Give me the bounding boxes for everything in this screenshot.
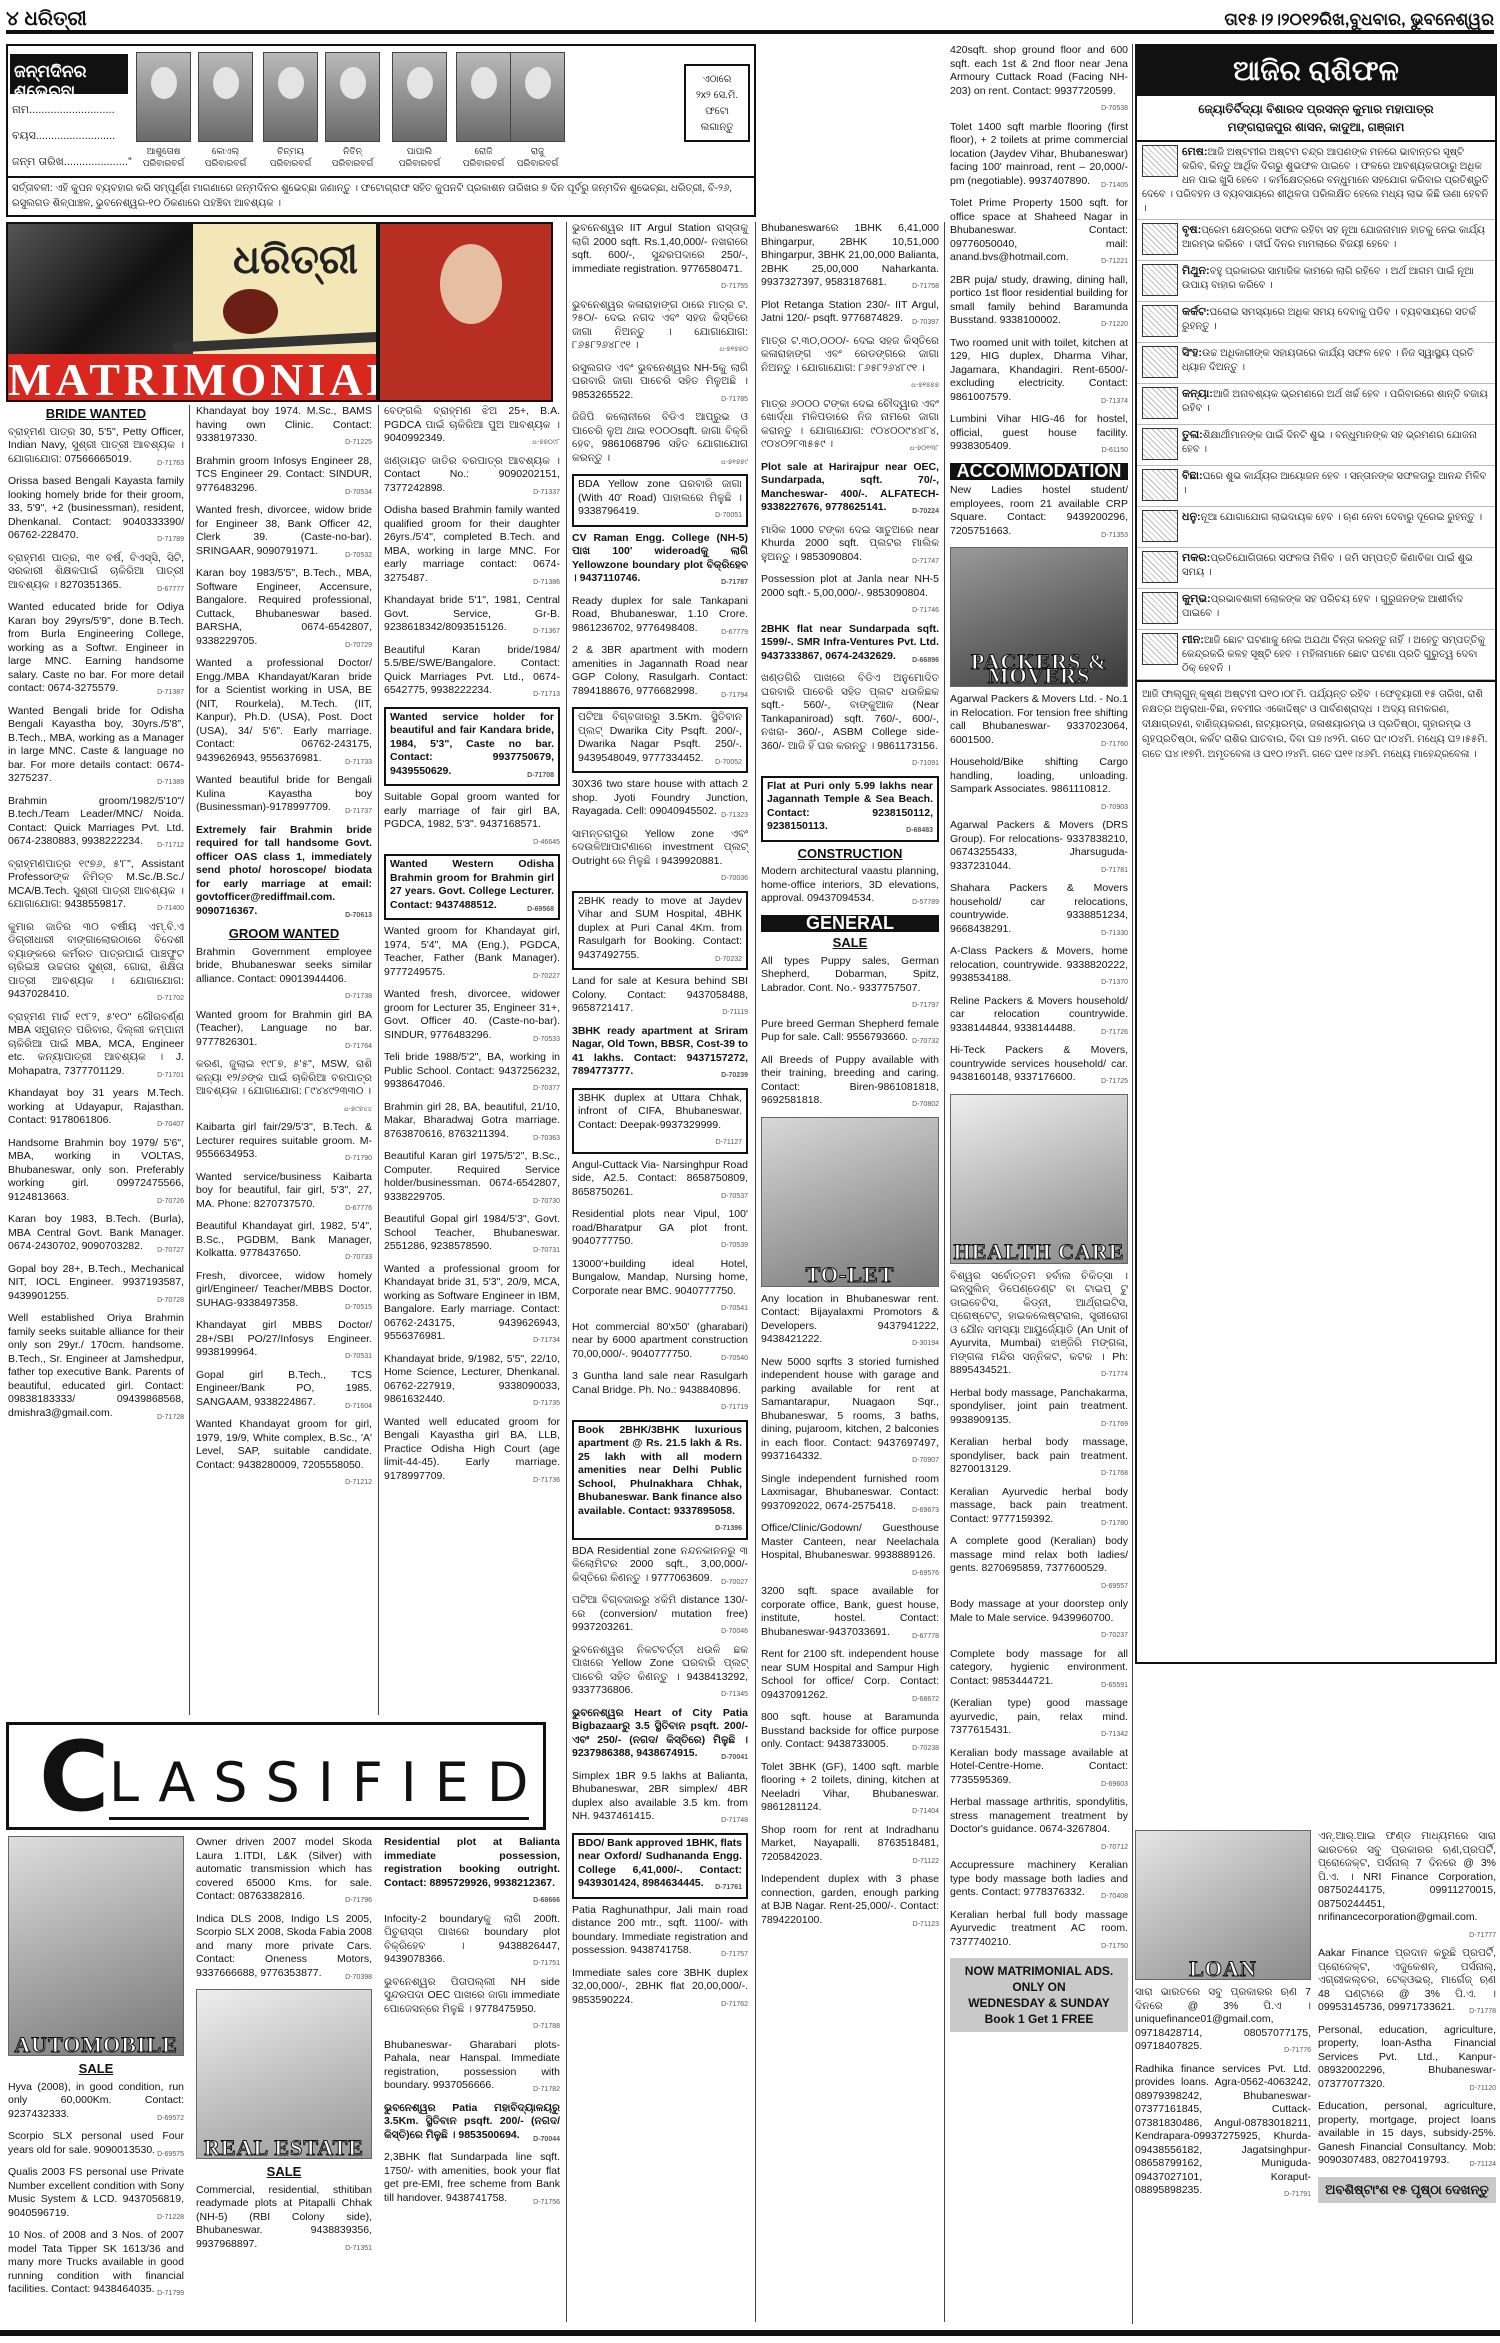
classified-ad[interactable]: Office/Clinic/Godown/ Guesthouse Master … — [761, 1522, 939, 1580]
classified-ad[interactable]: CV Raman Engg. College (NH-5) ପାଖ 100' w… — [572, 532, 748, 590]
classified-ad[interactable]: Khandayat boy 31 years M.Tech. working a… — [8, 1087, 184, 1132]
classified-ad[interactable]: Keralian Ayurvedic herbal body massage, … — [950, 1486, 1128, 1531]
ad-code: D-71769 — [1101, 1418, 1128, 1432]
ad-code: D-70027 — [721, 1576, 748, 1590]
classified-ad[interactable]: Gopal boy 28+, B.Tech., Mechanical NIT, … — [8, 1263, 184, 1308]
ad-code: D-71777 — [1469, 1929, 1496, 1943]
ad-code: D-69568 — [527, 903, 554, 917]
ad-code: D-57789 — [912, 896, 939, 910]
classified-ad[interactable]: Tolet 3BHK (GF), 1400 sqft. marble floor… — [761, 1761, 939, 1819]
classified-ad[interactable]: (Keralian type) good massage ayurvedic, … — [950, 1697, 1128, 1742]
classified-ad[interactable]: Well established Oriya Brahmin family se… — [8, 1312, 184, 1424]
masthead: ୪ ଧରିତ୍ରୀ ତା୧୫।୨।୨୦୧୨ରିଖ,ବୁଧବାର, ଭୁବନେଶ୍… — [6, 6, 1494, 34]
classified-ad[interactable]: 2BR puja/ study, drawing, dining hall, p… — [950, 274, 1128, 332]
classified-ad[interactable]: Plot Retanga Station 230/- IIT Argul, Ja… — [761, 299, 939, 330]
classified-ad[interactable]: Beautiful Khandayat girl, 1982, 5'4", B.… — [196, 1220, 372, 1265]
classified-ad[interactable]: Herbal body massage, Panchakarma, spondy… — [950, 1387, 1128, 1432]
ad-code: D-70532 — [345, 549, 372, 563]
ad-code: D-71763 — [157, 457, 184, 471]
automobile-column-2: Owner driven 2007 model Skoda Laura 1.IT… — [196, 1836, 372, 2256]
classified-ad[interactable]: Agarwal Packers & Movers Ltd. - No.1 in … — [950, 693, 1128, 751]
classified-ad[interactable]: A complete good (Keralian) body massage … — [950, 1535, 1128, 1593]
horoscope-sign: କୁମ୍ଭ:ପ୍ରଭାବଶାଳୀ ଲୋକଙ୍କ ସହ ପରିଚୟ ହେବ । ଗ… — [1137, 589, 1495, 630]
classified-ad[interactable]: Two roomed unit with toilet, kitchen at … — [950, 337, 1128, 409]
ad-code: D-70408 — [1101, 1890, 1128, 1904]
ad-code: D-71119 — [722, 1006, 748, 1020]
ad-code: D-71345 — [721, 1688, 748, 1702]
ad-code: D-71387 — [157, 686, 184, 700]
classified-ad[interactable]: ଏନ୍.ଆର୍.ଆଇ ଫଣ୍ଡ ମାଧ୍ୟମରେ ସାରା ଭାରତରେ ସବୁ… — [1318, 1830, 1496, 1942]
classified-ad[interactable]: Plot sale at Harirajpur near OEC, Sundar… — [761, 461, 939, 519]
ad-code: ଧ-୭୦୧୩୮ — [910, 442, 939, 456]
classified-ad[interactable]: Herbal massage arthritis, spondylitis, s… — [950, 1796, 1128, 1854]
classified-ad[interactable]: ବେଙ୍ଗଲି ବ୍ରାହ୍ମଣ ଝିଅ 25+, B.A. PGDCA ପାଇ… — [384, 405, 560, 450]
classified-ad[interactable]: Modern architectural vaastu planning, ho… — [761, 865, 939, 910]
classified-ad[interactable]: 3200 sqft. space available for corporate… — [761, 1585, 939, 1643]
continued-notice: ଅବଶିଷ୍ଟାଂଶ ୧୫ ପୃଷ୍ଠା ଦେଖନ୍ତୁ — [1318, 2177, 1496, 2203]
horoscope-sign: ଧନୁ:ନୂଆ ଯୋଗାଯୋଗ ଲାଭଦାୟକ ହେବ । ଋଣ ନେବା ଦେ… — [1137, 507, 1495, 548]
ad-code: D-70036 — [721, 872, 748, 886]
classified-ad[interactable]: Keralian herbal full body massage Ayurve… — [950, 1909, 1128, 1954]
property-column-2: Bhubaneswarରେ 1BHK 6,41,000 Bhingarpur, … — [761, 222, 939, 1936]
classified-ad[interactable]: Fresh, divorcee, widow homely girl/Engin… — [196, 1270, 372, 1315]
bride-photo — [378, 222, 553, 402]
zodiac-icon — [1142, 387, 1178, 419]
classified-ad[interactable]: Independent duplex with 3 phase connecti… — [761, 1873, 939, 1931]
classified-ad[interactable]: Extremely fair Brahmin bride required fo… — [196, 824, 372, 923]
ad-code: D-71736 — [533, 1474, 560, 1488]
classified-ad[interactable]: Radhika finance services Pvt. Ltd. provi… — [1135, 2063, 1311, 2202]
classified-ad[interactable]: Aakar Finance ପ୍ରଦାନ କରୁଛି ପ୍ରପର୍ଟି, ପ୍ର… — [1318, 1947, 1496, 2019]
loan-column-2: ଏନ୍.ଆର୍.ଆଇ ଫଣ୍ଡ ମାଧ୍ୟମରେ ସାରା ଭାରତରେ ସବୁ… — [1318, 1830, 1496, 2203]
zodiac-icon — [1142, 305, 1178, 337]
classified-ad[interactable]: ଭୁବନେଶ୍ୱର IIT Argul Station ରାସ୍ତାକୁ ଲାଗ… — [572, 222, 748, 294]
classified-ad[interactable]: Single independent furnished room Laxmis… — [761, 1473, 939, 1518]
zodiac-icon — [1142, 145, 1178, 177]
ad-code: D-70363 — [533, 1132, 560, 1146]
classified-ad[interactable]: Ready duplex for sale Tankapani Road, Bh… — [572, 595, 748, 640]
age-field[interactable]: ବୟସ.......................... — [12, 130, 115, 143]
ad-code: D-71708 — [527, 769, 554, 783]
ad-code: D-70732 — [912, 1035, 939, 1049]
section-sale: SALE — [8, 2062, 184, 2076]
classified-ad[interactable]: Wanted a professional Doctor/ Engg./MBA … — [196, 657, 372, 769]
classified-ad[interactable]: Qualis 2003 FS personal use Private Numb… — [8, 2166, 184, 2224]
classified-ad[interactable]: Karan boy 1983, B.Tech. (Burla), MBA Cen… — [8, 1213, 184, 1258]
ad-code: D-71796 — [345, 1894, 372, 1908]
classified-ad[interactable]: Possession plot at Janla near NH-5 2000 … — [761, 573, 939, 618]
classified-ad[interactable]: Hi-Teck Packers & Movers, countrywide se… — [950, 1044, 1128, 1089]
classified-ad[interactable]: Any location in Bhubaneswar rent. Contac… — [761, 1293, 939, 1351]
ad-code: D-71370 — [1101, 976, 1128, 990]
ad-code: D-71713 — [533, 688, 560, 702]
classified-ad[interactable]: Lumbini Vihar HIG-46 for hostel, officia… — [950, 413, 1128, 458]
ad-code: D-70728 — [157, 1294, 184, 1308]
ad-code: D-70730 — [533, 1195, 560, 1209]
classified-ad[interactable]: Gopal girl B.Tech., TCS Engineer/Bank PO… — [196, 1369, 372, 1414]
classified-ad[interactable]: 2BHK ready to move at Jaydev Vihar and S… — [572, 891, 748, 971]
ad-code: D-70533 — [533, 1033, 560, 1047]
ad-code: D-71782 — [533, 2083, 560, 2097]
horoscope-title: ଆଜିର ରାଶିଫଳ — [1137, 46, 1495, 96]
ad-code: D-70237 — [1101, 1629, 1128, 1643]
classified-ad[interactable]: Wanted Khandayat groom for girl, 1979, 1… — [196, 1418, 372, 1490]
classified-ad[interactable]: ମାତ୍ର ଟ.୩୦,୦୦୦/- ଦେଇ ସହଜ କିସ୍ତିରେ କଳାରାହ… — [761, 335, 939, 393]
classified-ad[interactable]: ଭୁବନେଶ୍ୱର ପିତାପଲ୍ଲୀ NH side ସୁନ୍ଦରପଦା OE… — [384, 1976, 560, 2034]
classified-ad[interactable]: Residential plots near Vipul, 100' road/… — [572, 1208, 748, 1253]
ad-code: D-71367 — [533, 625, 560, 639]
zodiac-icon — [1142, 469, 1178, 501]
ad-code: D-69576 — [912, 1567, 939, 1581]
ad-code: D-71789 — [157, 533, 184, 547]
classified-ad[interactable]: Teli bride 1988/5'2", BA, working in Pub… — [384, 1051, 560, 1096]
classified-ad[interactable]: ବିଶ୍ୱର ସର୍ବୋତ୍ତମ ହର୍ବାଲ ଚିକିତ୍ସା । ଇନ୍‌ସ… — [950, 1270, 1128, 1382]
ad-code: D-71735 — [533, 1397, 560, 1411]
classified-ad[interactable]: Shahara Packers & Movers household/ car … — [950, 882, 1128, 940]
ad-code: D-71780 — [1101, 1517, 1128, 1531]
classified-ad[interactable]: Shop room for rent at Indradhanu Market,… — [761, 1824, 939, 1869]
classified-ad[interactable]: New 5000 sqrfts 3 storied furnished inde… — [761, 1356, 939, 1468]
classified-ad[interactable]: Bhubaneswarରେ 1BHK 6,41,000 Bhingarpur, … — [761, 222, 939, 294]
classified-ad[interactable]: Simplex 1BR 9.5 lakhs at Balianta, Bhuba… — [572, 1770, 748, 1828]
classified-ad[interactable]: Wanted beautiful bride for Bengali Kulin… — [196, 774, 372, 819]
classified-ad[interactable]: Brahmin Government employee bride, Bhuba… — [196, 946, 372, 1004]
classified-ad[interactable]: Rent for 2100 sft. independent house nea… — [761, 1648, 939, 1706]
ad-code: D-46645 — [533, 836, 560, 850]
classified-ad[interactable]: Beautiful Karan bride/1984/ 5.5/BE/SWE/B… — [384, 644, 560, 702]
classified-ad[interactable]: Personal, education, agriculture, proper… — [1318, 2024, 1496, 2096]
ad-code: D-70538 — [1101, 102, 1128, 116]
classified-ad[interactable]: Immediate sales core 3BHK duplex 32,00,0… — [572, 1967, 748, 2012]
classified-ad[interactable]: 10 Nos. of 2008 and 3 Nos. of 2007 model… — [8, 2229, 184, 2301]
classified-ad[interactable]: Body massage at your doorstep only Male … — [950, 1598, 1128, 1643]
ad-code: D-71768 — [1101, 1467, 1128, 1481]
classified-ad[interactable]: 30X36 two stare house with attach 2 shop… — [572, 778, 748, 823]
zodiac-icon — [1142, 346, 1178, 378]
classified-ad[interactable]: 800 sqft. house at Baramunda Busstand ba… — [761, 1711, 939, 1756]
ad-code: D-67777 — [157, 583, 184, 597]
classified-ad[interactable]: Infocity-2 boundaryକୁ ଲାଗି 200ft. ପିଚୁରା… — [384, 1913, 560, 1971]
classified-ad[interactable]: Wanted service/business Kaibarta boy for… — [196, 1171, 372, 1216]
classified-ad[interactable]: 2BHK flat near Sundarpada sqft. 1599/-. … — [761, 623, 939, 668]
ad-code: D-70726 — [157, 1195, 184, 1209]
ad-code: D-70407 — [157, 1118, 184, 1132]
ad-code: D-71337 — [533, 486, 560, 500]
horoscope-sign: ମିଥୁନ:ବହୁ ପ୍ରକାରର ସାମାଜିକ କାମରେ ଲାଗି ରହି… — [1137, 261, 1495, 302]
classified-ad[interactable]: Odisha based Brahmin family wanted quali… — [384, 504, 560, 589]
ad-code: D-71787 — [721, 576, 748, 590]
ad-code: D-70041 — [721, 1751, 748, 1765]
classified-ad[interactable]: Wanted educated bride for Odiya Karan bo… — [8, 601, 184, 700]
classified-ad[interactable]: ପଟିଆ ବିଗ୍‌ବଜାରରୁ 3.5Km. ସ୍ଥିତିବାନ ପ୍ଲଟ୍ … — [572, 707, 748, 773]
ad-code: D-71323 — [721, 809, 748, 823]
classified-ad[interactable]: Land for sale at Kesura behind SBI Colon… — [572, 975, 748, 1020]
ad-code: D-71726 — [1101, 1026, 1128, 1040]
classified-ad[interactable]: All types Puppy sales, German Shepherd, … — [761, 955, 939, 1013]
photo-placeholder: ଏଠାରେ୨x୨ ସେ.ମି.ଫଟୋଲଗାନ୍ତୁ — [684, 64, 750, 142]
ad-code: D-70731 — [533, 1244, 560, 1258]
ad-code: D-71785 — [721, 393, 748, 407]
ad-code: ଧ-୭୭୦୯୮ — [532, 436, 560, 450]
classified-ad[interactable]: Tolet Prime Property 1500 sqft. for offi… — [950, 197, 1128, 269]
ad-code: D-71734 — [533, 1334, 560, 1348]
ad-code: ଧ-୭୧୭୭୦ — [719, 343, 748, 357]
ad-code: D-67776 — [345, 1202, 372, 1216]
ad-code: D-71220 — [1101, 318, 1128, 332]
ad-code: D-70531 — [345, 1350, 372, 1364]
classified-ad[interactable]: କୁମାର ଜାତିର ୩୦ ବର୍ଷୀୟ ଏମ୍.ବି.ଏ ଡିଗ୍ରୀଧାର… — [8, 921, 184, 1006]
horoscope-sign: ତୁଳା:ଶିକ୍ଷାର୍ଥୀମାନଙ୍କ ପାଇଁ ଦିନଟି ଶୁଭ । ବ… — [1137, 425, 1495, 466]
ad-code: D-69673 — [912, 1504, 939, 1518]
classified-ad[interactable]: ଭୁବନେଶ୍ୱର ନିକଟବର୍ତ୍ତୀ ଧଉଳି ଛକ ପାଖରେ Yell… — [572, 1644, 748, 1702]
ad-code: D-71342 — [1101, 1728, 1128, 1742]
ad-code: D-70052 — [715, 756, 742, 770]
classified-ad[interactable]: Tolet 1400 sqft marble flooring (first f… — [950, 121, 1128, 193]
ad-code: D-71404 — [912, 1805, 939, 1819]
classified-ad[interactable]: Wanted groom for Khandayat girl, 1974, 5… — [384, 925, 560, 983]
classified-ad[interactable]: New Ladies hostel student/ employees, ro… — [950, 484, 1128, 542]
classified-ad[interactable]: ବ୍ରାହ୍ମଣପାତ୍ର ୧୯୭୬, ୫'୮", Assistant Prof… — [8, 858, 184, 916]
classified-ad[interactable]: Wanted Western Odisha Brahmin groom for … — [384, 854, 560, 920]
classified-ad[interactable]: Scorpio SLX personal used Four years old… — [8, 2130, 184, 2161]
matrimonial-column-1: BRIDE WANTED ବ୍ରାହ୍ମଣ ପାତ୍ର 30, 5'5", Pe… — [8, 405, 184, 1429]
to-let-image: TO-LET — [761, 1117, 939, 1287]
ad-code: D-71386 — [533, 576, 560, 590]
classified-ad[interactable]: ବ୍ରାହ୍ମଣ ମାର୍ଚ୍ଚ ୧୯୮୨, ୫'୧୦" ଗୌରବର୍ଣ୍ଣ M… — [8, 1011, 184, 1083]
classified-ad[interactable]: Commercial, residential, sthitiban ready… — [196, 2184, 372, 2252]
horoscope-sign: ସିଂହ:ଉଚ୍ଚ ଅଧିକାରୀଙ୍କ ସହାୟତାରେ କାର୍ଯ୍ୟ ସଫ… — [1137, 343, 1495, 384]
ad-code: D-71797 — [912, 999, 939, 1013]
ad-code: D-70224 — [912, 505, 939, 519]
ad-code: D-70539 — [721, 1239, 748, 1253]
classified-ad[interactable]: ଖଣ୍ଡାୟତ ଜାତିର ବରପାତ୍ର ଆବଶ୍ୟକ । Contact N… — [384, 455, 560, 500]
classified-ad[interactable]: Khandayat girl MBBS Doctor/ 28+/SBI PO/2… — [196, 1319, 372, 1364]
classified-ad[interactable]: Keralian body massage available at Hotel… — [950, 1747, 1128, 1792]
classified-ad[interactable]: ଖଣ୍ଡଗିରି ପାଖରେ ବିଡିଏ ଅନୁମୋଦିତ ଘରବାରି ପାଚ… — [761, 672, 939, 771]
loan-column-1: LOAN ସାରା ଭାରତରେ ସବୁ ପ୍ରକାରର ଋଣ 7 ଦିନରେ … — [1135, 1830, 1311, 2207]
classified-ad[interactable]: Beautiful Gopal girl 1984/5'3", Govt. Sc… — [384, 1213, 560, 1258]
ad-code: D-71737 — [345, 805, 372, 819]
classified-ad[interactable]: Wanted service holder for beautiful and … — [384, 707, 560, 787]
classified-ad[interactable]: ଭୁବନେଶ୍ୱର Heart of City Patia Bigbazaarର… — [572, 1707, 748, 1765]
classified-ad[interactable]: 3 Guntha land sale near Rasulgarh Canal … — [572, 1370, 748, 1415]
dob-field[interactable]: ଜନ୍ମ ତାରିଖ.....................” — [12, 156, 132, 169]
classified-ad[interactable]: ମାସିକ 1000 ଟଙ୍କା ଦେଇ ସାତୁଅରେ near Khurda… — [761, 524, 939, 569]
ad-code: D-71747 — [912, 555, 939, 569]
classified-ad[interactable]: Household/Bike shifting Cargo handling, … — [950, 756, 1128, 814]
classified-ad[interactable]: Owner driven 2007 model Skoda Laura 1.IT… — [196, 1836, 372, 1908]
zodiac-icon — [1142, 510, 1178, 542]
automobile-column: AUTOMOBILE SALE Hyva (2008), in good con… — [8, 1836, 184, 2306]
classified-ad[interactable]: BDA Yellow zone ଘରବାରି ଜାଗା (With 40' Ro… — [572, 474, 748, 527]
classified-ad[interactable]: ଜିଜିପି କଲୋନୀରେ ବିଡିଏ ଆପ୍ରୁଭ ଓ ପାଚେରି ଳୁଅ… — [572, 411, 748, 469]
ad-code: D-30194 — [912, 1337, 939, 1351]
classified-ad[interactable]: ବ୍ରାହ୍ମଣ ପାତ୍ର, ୩୧ ବର୍ଷ, ବିଏସ୍‌ସି, ସିଟି,… — [8, 552, 184, 597]
ad-code: D-71733 — [345, 756, 372, 770]
classified-ad[interactable]: Wanted a professional groom for Khandaya… — [384, 1263, 560, 1348]
ad-code: D-70046 — [721, 1625, 748, 1639]
ad-code: D-71225 — [345, 436, 372, 450]
ad-code: D-70907 — [912, 1454, 939, 1468]
zodiac-icon — [1142, 633, 1178, 665]
ad-code: D-71127 — [716, 1136, 742, 1150]
ad-code: D-70903 — [1101, 801, 1128, 815]
classified-ad[interactable]: Complete body massage for all category, … — [950, 1648, 1128, 1693]
ad-code: D-69603 — [1101, 1778, 1128, 1792]
ad-code: D-70398 — [345, 1971, 372, 1985]
classified-ad[interactable]: ମାତ୍ର ୬୦୦୦ ଟଙ୍କା ଦେଇ ଚୌଦ୍ୱାର ଏବଂ ଖୋର୍ଦ୍ଧ… — [761, 398, 939, 456]
matrimonial-banner: ଧରିତ୍ରୀ MATRIMONIAL — [6, 222, 378, 402]
page-bottom-rule — [0, 2330, 1500, 2336]
classified-ad[interactable]: Khandayat bride, 9/1982, 5'5", 22/10, Ho… — [384, 1353, 560, 1411]
classified-ad[interactable]: Residential plot at Balianta immediate p… — [384, 1836, 560, 1908]
classified-ad[interactable]: Wanted fresh, divorcee, widower groom fo… — [384, 988, 560, 1046]
ad-code: D-70712 — [1101, 1841, 1128, 1855]
ad-code: D-71760 — [1101, 738, 1128, 752]
ad-code: D-71756 — [533, 2196, 560, 2210]
ad-code: D-70540 — [721, 1352, 748, 1366]
classified-ad[interactable]: Book 2BHK/3BHK luxurious apartment @ Rs.… — [572, 1420, 748, 1540]
kid-photo: ନିତିନ୍ପରିବାରବର୍ଗ — [325, 52, 380, 169]
ad-code: D-71758 — [912, 280, 939, 294]
classified-ad[interactable]: A-Class Packers & Movers, home relocatio… — [950, 945, 1128, 990]
classified-ad[interactable]: ଭୁବନେଶ୍ୱର Patia ମହାବିଦ୍ୟାଳୟରୁ 3.5Km. ସ୍ଥ… — [384, 2102, 560, 2147]
ad-code: D-70729 — [345, 639, 372, 653]
section-groom-wanted: GROOM WANTED — [196, 927, 372, 941]
ad-code: D-71746 — [912, 604, 939, 618]
classified-ad[interactable]: Education, personal, agriculture, proper… — [1318, 2100, 1496, 2172]
classified-ad[interactable]: Indica DLS 2008, Indigo LS 2005, Scorpio… — [196, 1913, 372, 1985]
classified-ad[interactable]: BDA Residential zone ନନ୍ଦନକାନନରୁ ୩ କିଲୋମ… — [572, 1545, 748, 1590]
ad-code: D-70613 — [345, 909, 372, 923]
section-bride-wanted: BRIDE WANTED — [8, 407, 184, 421]
panjika: ଆଜି ଫାଲ୍‌ଗୁନ୍ କୃଷ୍ଣ ଅଷ୍ଟମୀ ଘ୧୦।୦୮ମି. ପର୍… — [1137, 680, 1495, 767]
ad-code: D-71725 — [1101, 1075, 1128, 1089]
health-image: HEALTH CARE — [950, 1094, 1128, 1264]
ad-code: D-71778 — [1469, 2005, 1496, 2019]
classified-ad[interactable]: Flat at Puri only 5.99 lakhs near Jagann… — [761, 776, 939, 842]
ad-code: D-71604 — [345, 1400, 372, 1414]
classified-ad[interactable]: Keralian herbal body massage, spondylise… — [950, 1436, 1128, 1481]
classified-ad[interactable]: Brahmin groom/1982/5'10"/ B.tech./Team L… — [8, 795, 184, 853]
section-general: GENERAL — [761, 915, 939, 933]
classified-ad[interactable]: 2,3BHK flat Sundarpada line sqft. 1750/-… — [384, 2151, 560, 2209]
classified-ad[interactable]: Brahmin groom Infosys Engineer 28, TCS E… — [196, 455, 372, 500]
classified-ad[interactable]: Khandayat boy 1974. M.Sc., BAMS having o… — [196, 405, 372, 450]
classified-ad[interactable]: Hyva (2008), in good condition, run only… — [8, 2081, 184, 2126]
ad-code: D-71123 — [913, 1918, 939, 1932]
classified-ad[interactable]: 420sqft. shop ground floor and 600 sqft.… — [950, 44, 1128, 116]
ad-code: D-71748 — [721, 1814, 748, 1828]
classified-ad[interactable]: Karan boy 1983/5'5", B.Tech., MBA, Softw… — [196, 567, 372, 652]
classified-ad[interactable]: BDO/ Bank approved 1BHK, flats near Oxfo… — [572, 1833, 748, 1899]
classified-ad[interactable]: 13000'+building ideal Hotel, Bungalow, M… — [572, 1258, 748, 1316]
classified-ad[interactable]: ସାରା ଭାରତରେ ସବୁ ପ୍ରକାରର ଋଣ 7 ଦିନରେ @ 3% … — [1135, 1986, 1311, 2058]
ad-code: D-65591 — [1101, 1679, 1128, 1693]
ad-code: D-70232 — [715, 953, 742, 967]
horoscope-sign: କର୍କଟ:ଘରୋଇ ସମସ୍ୟାରେ ଅଧିକ ସମୟ ଦେବାକୁ ପଡିବ… — [1137, 302, 1495, 343]
kid-photo: କୋଏଲ୍ପରିବାରବର୍ଗ — [198, 52, 253, 169]
terms-note: ସର୍ତ୍ତାବଳୀ: ଏହି କୁପନ ବ୍ୟବହାର କରି ସମ୍ପୂର୍… — [8, 176, 754, 214]
ad-code: D-71353 — [1101, 529, 1128, 543]
automobile-image: AUTOMOBILE — [8, 1836, 184, 2056]
wedding-photo — [8, 224, 193, 354]
ad-code: D-70377 — [533, 1082, 560, 1096]
ad-code: D-71091 — [912, 757, 939, 771]
classified-ad[interactable]: ବ୍ରାହ୍ମଣ ପାତ୍ର 30, 5'5", Petty Officer, … — [8, 426, 184, 471]
classified-ad[interactable]: ସାମନ୍ତରାପୁର Yellow zone ଏବଂ ଦେଉଳିଆପାଟଣାର… — [572, 828, 748, 886]
astrologer-credit: ଜ୍ୟୋତିର୍ବିଦ୍ୟା ବିଶାରଦ ପ୍ରସନ୍ନ କୁମାର ମହାପ… — [1137, 96, 1495, 142]
classified-ad[interactable]: Hot commercial 80'x50' (gharabari) near … — [572, 1321, 748, 1366]
classified-ad[interactable]: Accupressure machinery Keralian type bod… — [950, 1859, 1128, 1904]
classified-ad[interactable]: Angul-Cuttack Via- Narsinghpur Road side… — [572, 1159, 748, 1204]
classified-ad[interactable]: Pure breed German Shepherd female Pup fo… — [761, 1018, 939, 1049]
zodiac-icon — [1142, 223, 1178, 255]
ad-code: D-71794 — [721, 689, 748, 703]
ad-code: D-70044 — [533, 2133, 560, 2147]
classified-ad[interactable]: Handsome Brahmin boy 1979/ 5'6", MBA, wo… — [8, 1137, 184, 1209]
ad-code: D-67778 — [912, 1630, 939, 1644]
ad-code: D-71330 — [1101, 927, 1128, 941]
property-column-1: ଭୁବନେଶ୍ୱର IIT Argul Station ରାସ୍ତାକୁ ଲାଗ… — [572, 222, 748, 2016]
section-accommodation: ACCOMMODATION — [950, 463, 1128, 481]
ad-code: ଧ-୭୯୭୪୪ — [344, 1103, 372, 1117]
classified-ad[interactable]: କରଣ, ଜୁଲାଇ ୧୯୮୭, ୫'୫", MSW, ରାଶି କନ୍ୟା ୧… — [196, 1058, 372, 1116]
ad-code: D-71776 — [1284, 2044, 1311, 2058]
classified-ad[interactable]: Khandayat bride 5'1", 1981, Central Govt… — [384, 594, 560, 639]
classified-ad[interactable]: 3BHK ready apartment at Sriram Nagar, Ol… — [572, 1025, 748, 1083]
classified-ad[interactable]: Wanted well educated groom for Bengali K… — [384, 1416, 560, 1488]
ad-code: D-71790 — [345, 1152, 372, 1166]
classified-ad[interactable]: Wanted fresh, divorcee, widow bride for … — [196, 504, 372, 562]
ad-code: D-71405 — [1101, 179, 1128, 193]
ad-code: D-71120 — [1470, 2082, 1496, 2096]
classified-ad[interactable]: Wanted groom for Brahmin girl BA (Teache… — [196, 1009, 372, 1054]
classified-ad[interactable]: Wanted Bengali bride for Odisha Bengali … — [8, 705, 184, 790]
classified-ad[interactable]: Brahmin girl 28, BA, beautiful, 21/10, M… — [384, 1101, 560, 1146]
classified-ad[interactable]: Patia Raghunathpur, Jali main road dista… — [572, 1904, 748, 1962]
classified-ad[interactable]: Kaibarta girl fair/29/5'3", B.Tech. & Le… — [196, 1121, 372, 1166]
packers-image: PACKERS & MOVERS — [950, 547, 1128, 687]
classified-ad[interactable]: Agarwal Packers & Movers (DRS Group). Fo… — [950, 819, 1128, 877]
ad-code: D-71221 — [1101, 255, 1128, 269]
ad-code: D-71774 — [1101, 1368, 1128, 1382]
ad-code: D-71396 — [715, 1522, 742, 1536]
classified-ad[interactable]: Beautiful Karan girl 1975/5'2", B.Sc., C… — [384, 1150, 560, 1208]
classified-ad[interactable]: All Breeds of Puppy available with their… — [761, 1054, 939, 1112]
ad-code: D-70397 — [912, 316, 939, 330]
classified-ad[interactable]: ପଟିଆ ବିଗ୍‌ବଜାରରୁ ୪କିମି distance 130/-ରେ … — [572, 1594, 748, 1639]
ad-code: D-70727 — [157, 1244, 184, 1258]
classified-ad[interactable]: ରସୁଲଗଡ ଏବଂ ଭୁବନେଶ୍ୱର NH-5କୁ ଲାଗି ଘରବାରି … — [572, 362, 748, 407]
ad-code: D-71389 — [157, 776, 184, 790]
classified-ad[interactable]: Bhubaneswar- Gharabari plots- Pahala, ne… — [384, 2039, 560, 2097]
classified-ad[interactable]: ଭୁବନେଶ୍ୱର କଳାରାହାଙ୍ଗ ଠାରେ ମାତ୍ର ଟ. ୨୫୦/-… — [572, 299, 748, 357]
classified-ad[interactable]: 3BHK duplex at Uttara Chhak, infront of … — [572, 1088, 748, 1154]
ad-code: D-71228 — [157, 2211, 184, 2225]
horoscope-sign: ମେଷ:ଆଜି ଅଷ୍ଟମୀର ଅଷ୍ଟମ ଚନ୍ଦ୍ର ଆପଣଙ୍କ ମନରେ… — [1137, 142, 1495, 220]
matrimonial-column-2: Khandayat boy 1974. M.Sc., BAMS having o… — [196, 405, 372, 1495]
classified-ad[interactable]: 2 & 3BR apartment with modern amenities … — [572, 644, 748, 702]
ad-code: D-70537 — [721, 1190, 748, 1204]
classified-ad[interactable]: Reline Packers & Movers household/ car r… — [950, 995, 1128, 1040]
classified-ad[interactable]: Suitable Gopal groom wanted for early ma… — [384, 791, 560, 849]
ad-code: D-69572 — [157, 2112, 184, 2126]
name-field[interactable]: ନାମ............................ — [12, 104, 115, 117]
horoscope-sign: କନ୍ୟା:ଆଜି ଅନାବଶ୍ୟକ ଭ୍ରମଣରେ ଅର୍ଥ ଖର୍ଚ୍ଚ ହ… — [1137, 384, 1495, 425]
page-label: ୪ ଧରିତ୍ରୀ — [6, 8, 87, 31]
classified-ad[interactable]: Orissa based Bengali Kayasta family look… — [8, 475, 184, 547]
